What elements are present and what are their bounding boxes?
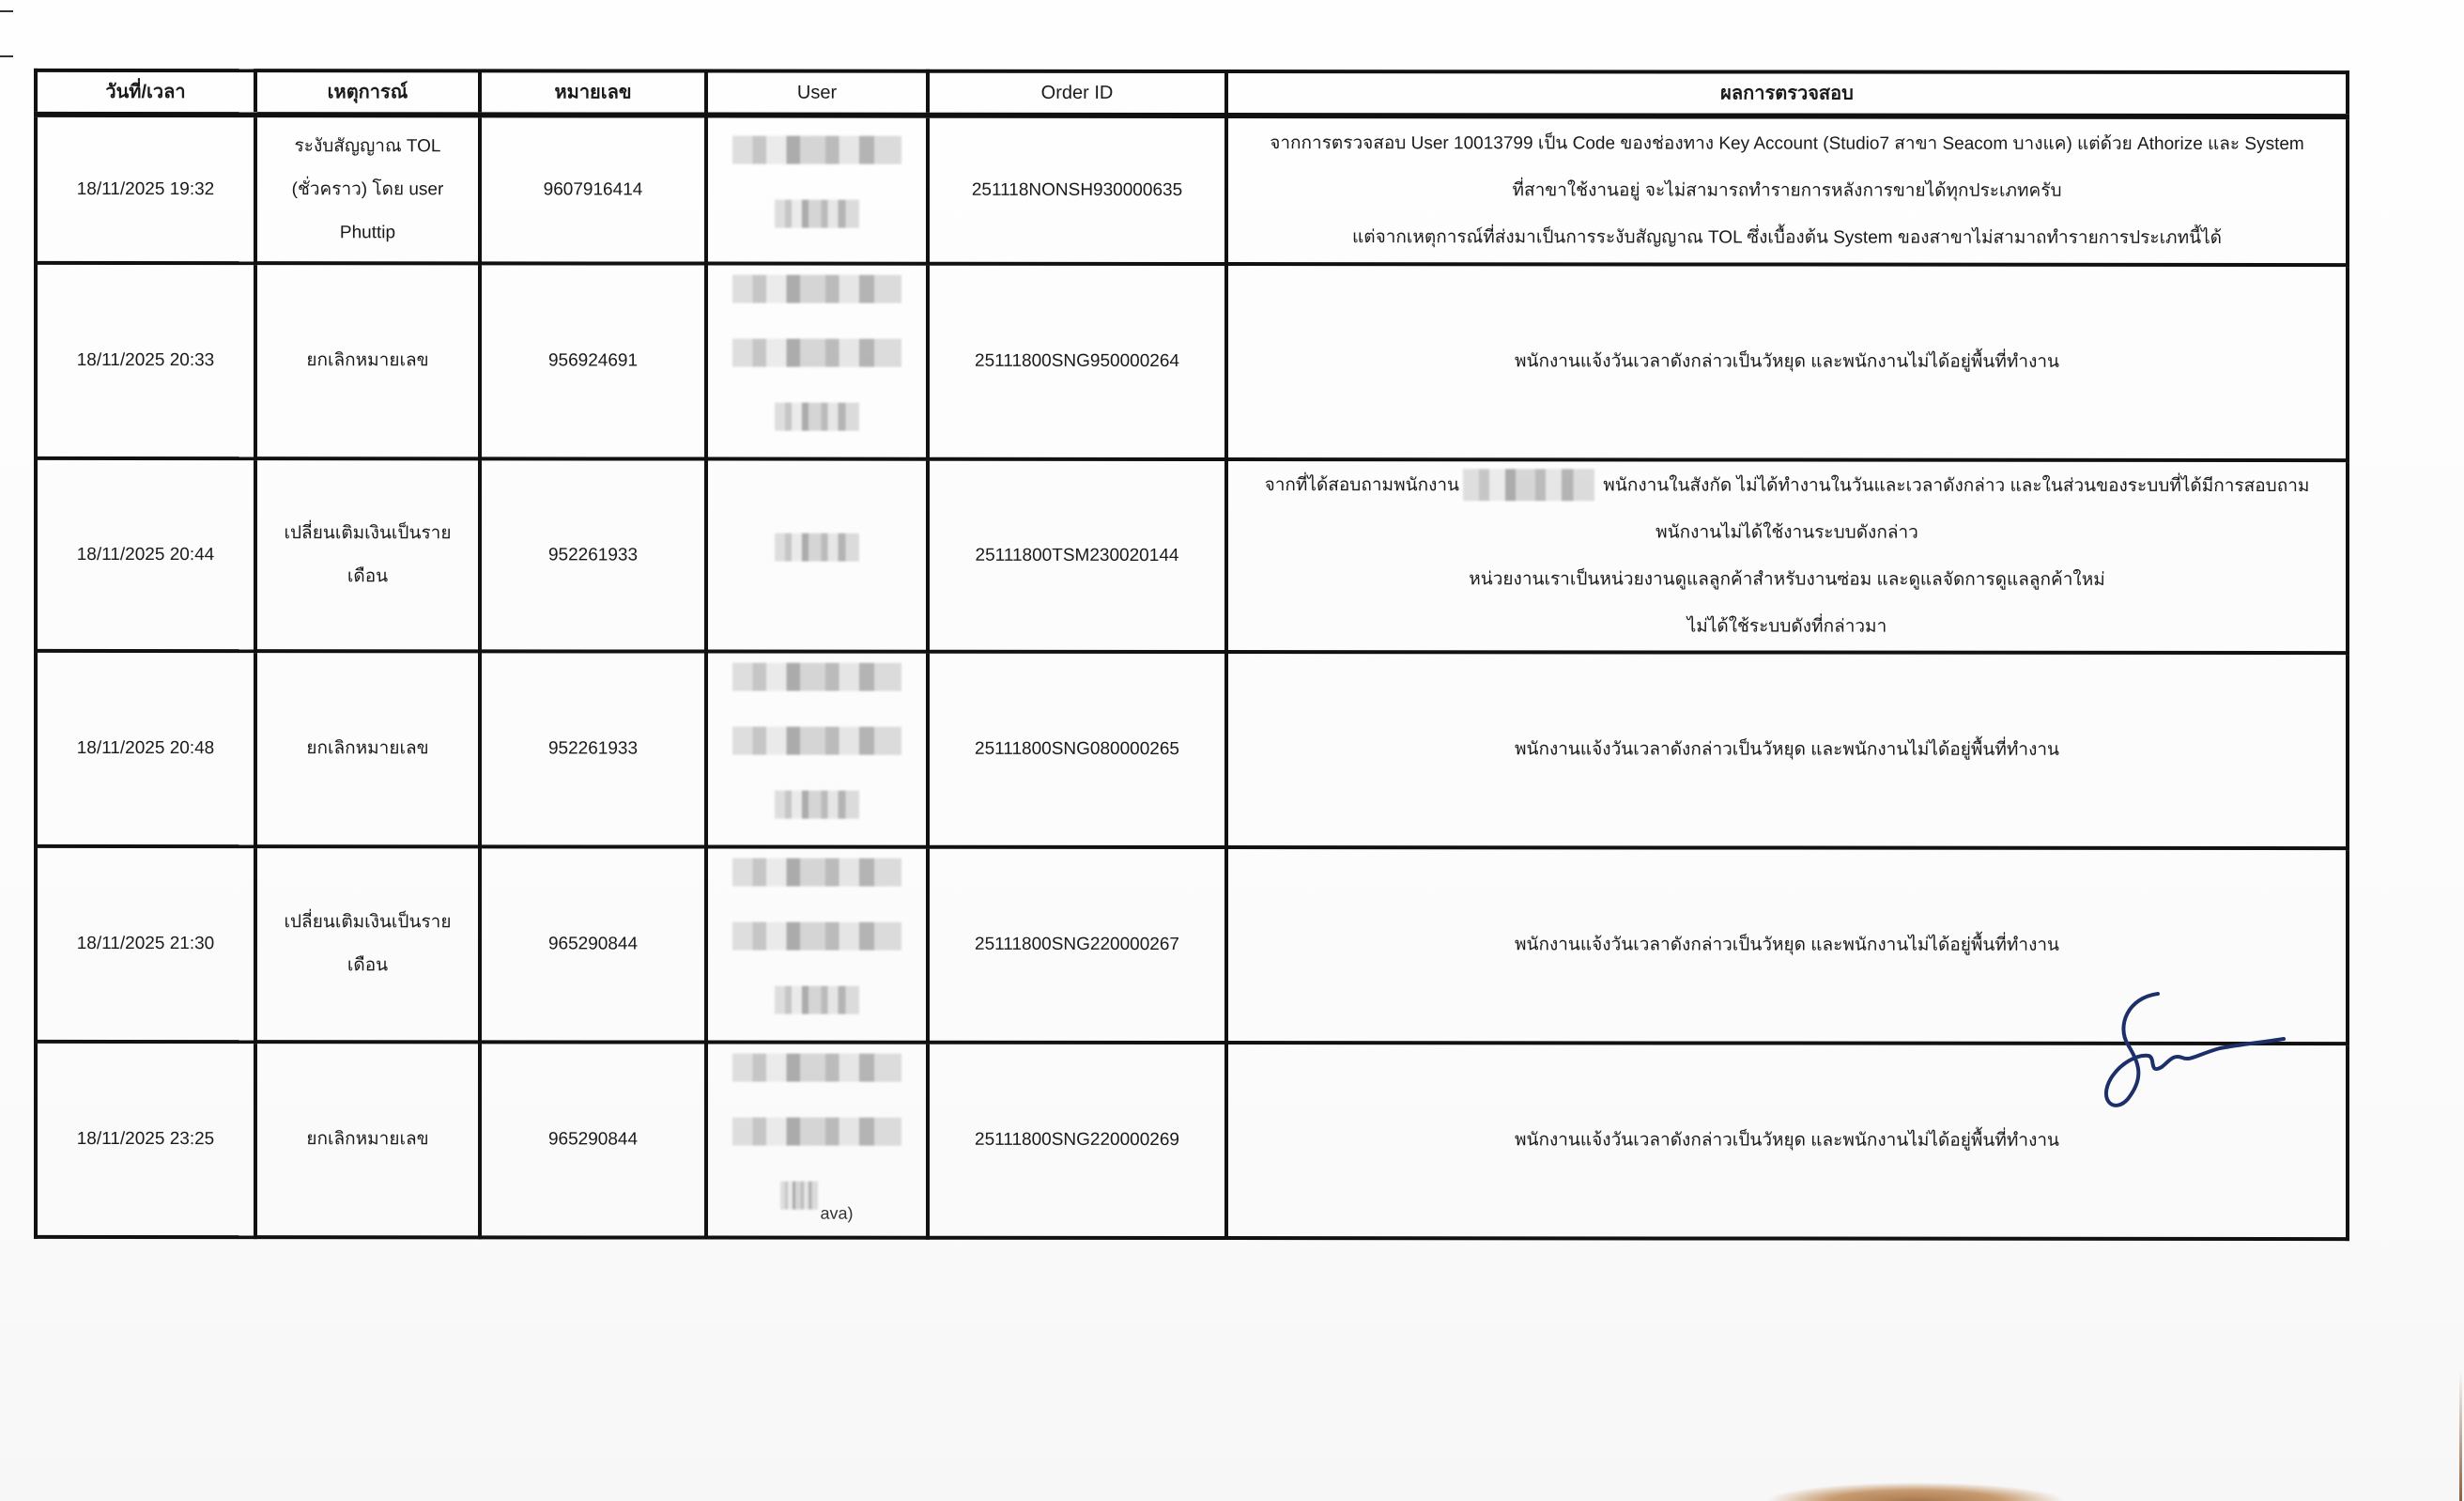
event-line: ยกเลิกหมายเลข: [263, 1118, 472, 1161]
event-line: ยกเลิกหมายเลข: [263, 339, 472, 382]
cell-user: [706, 116, 928, 264]
redacted-user: [732, 663, 901, 691]
redacted-user: [775, 986, 859, 1014]
event-line: (ชั่วคราว) โดย user: [263, 168, 472, 211]
redacted-employee-name: [1463, 470, 1594, 502]
cell-order-id: 25111800SNG220000269: [928, 1043, 1226, 1238]
redacted-user: [775, 791, 859, 819]
table-row: 18/11/2025 20:44 เปลี่ยนเติมเงินเป็นราย …: [36, 458, 2348, 653]
cell-order-id: 25111800TSM230020144: [928, 459, 1226, 652]
header-event: เหตุการณ์: [255, 70, 480, 115]
cell-event: ยกเลิกหมายเลข: [255, 263, 480, 458]
table-row: 18/11/2025 20:48 ยกเลิกหมายเลข 952261933…: [36, 651, 2348, 848]
table-row: 18/11/2025 21:30 เปลี่ยนเติมเงินเป็นราย …: [36, 846, 2348, 1044]
cell-number: 956924691: [480, 263, 706, 458]
event-line: เดือน: [263, 944, 472, 987]
cell-number: 952261933: [480, 458, 706, 651]
event-line: ระงับสัญญาณ TOL: [263, 125, 472, 168]
header-date-time: วันที่/เวลา: [36, 70, 255, 115]
event-line: เปลี่ยนเติมเงินเป็นราย: [263, 901, 472, 944]
header-order-id: Order ID: [928, 71, 1226, 116]
result-line: แต่จากเหตุการณ์ที่ส่งมาเป็นการระงับสัญญา…: [1234, 214, 2340, 262]
scanned-page: วันที่/เวลา เหตุการณ์ หมายเลข User Order…: [0, 0, 2464, 1501]
cell-number: 965290844: [480, 846, 706, 1042]
event-line: Phuttip: [263, 211, 472, 255]
result-line: พนักงานแจ้งวันเวลาดังกล่าวเป็นวัหยุด และ…: [1234, 921, 2340, 969]
result-line: ที่สาขาใช้งานอยู่ จะไม่สามารถทำรายการหลั…: [1234, 167, 2340, 215]
redacted-user: [780, 1182, 818, 1210]
cell-number: 965290844: [480, 1042, 706, 1237]
cell-result: จากการตรวจสอบ User 10013799 เป็น Code ขอ…: [1226, 116, 2348, 265]
result-prefix: จากที่ได้สอบถามพนักงาน: [1265, 475, 1459, 495]
cell-user: [706, 847, 928, 1043]
cell-user: ava): [706, 1043, 928, 1238]
redacted-user: [732, 859, 901, 887]
event-line: เปลี่ยนเติมเงินเป็นราย: [263, 512, 472, 555]
cell-date-time: 18/11/2025 20:33: [36, 263, 255, 458]
cell-user: [706, 459, 928, 652]
result-line: จากที่ได้สอบถามพนักงาน พนักงานในสังกัด ไ…: [1234, 462, 2340, 510]
redacted-user: [775, 403, 859, 431]
user-visible-suffix: ava): [820, 1204, 853, 1223]
result-line: พนักงานแจ้งวันเวลาดังกล่าวเป็นวัหยุด และ…: [1234, 726, 2340, 774]
result-line: พนักงานไม่ได้ใช้งานระบบดังกล่าว: [1234, 509, 2340, 557]
background-edge: [1765, 1482, 2066, 1501]
cell-date-time: 18/11/2025 20:48: [36, 651, 255, 846]
table-row: 18/11/2025 19:32 ระงับสัญญาณ TOL (ชั่วคร…: [36, 115, 2348, 265]
result-after-redaction: พนักงานในสังกัด ไม่ได้ทำงานในวันและเวลาด…: [1598, 475, 2309, 496]
handwritten-signature-icon: [2100, 988, 2297, 1115]
event-line: เดือน: [263, 555, 472, 598]
header-number: หมายเลข: [480, 70, 706, 115]
header-user: User: [706, 71, 928, 116]
cell-user: [706, 652, 928, 847]
result-line: ไม่ได้ใช้ระบบดังที่กล่าวมา: [1234, 603, 2340, 651]
header-result: ผลการตรวจสอบ: [1226, 71, 2348, 116]
cell-order-id: 25111800SNG080000265: [928, 652, 1226, 847]
redacted-user: [732, 1054, 901, 1082]
cell-number: 9607916414: [480, 115, 706, 263]
margin-mark: [0, 55, 13, 57]
background-edge: [2459, 1371, 2462, 1501]
inspection-report-table: วันที่/เวลา เหตุการณ์ หมายเลข User Order…: [34, 69, 2349, 1241]
table-row: 18/11/2025 20:33 ยกเลิกหมายเลข 956924691…: [36, 263, 2348, 460]
cell-date-time: 18/11/2025 20:44: [36, 458, 255, 651]
cell-result: พนักงานแจ้งวันเวลาดังกล่าวเป็นวัหยุด และ…: [1226, 264, 2348, 460]
cell-result: จากที่ได้สอบถามพนักงาน พนักงานในสังกัด ไ…: [1226, 459, 2348, 653]
redacted-user: [775, 199, 859, 227]
cell-number: 952261933: [480, 651, 706, 846]
cell-order-id: 251118NONSH930000635: [928, 116, 1226, 264]
result-line: พนักงานแจ้งวันเวลาดังกล่าวเป็นวัหยุด และ…: [1234, 1117, 2340, 1165]
cell-date-time: 18/11/2025 21:30: [36, 846, 255, 1042]
margin-mark: [0, 10, 13, 12]
table-header-row: วันที่/เวลา เหตุการณ์ หมายเลข User Order…: [36, 70, 2348, 116]
redacted-user: [732, 339, 901, 367]
result-line: พนักงานแจ้งวันเวลาดังกล่าวเป็นวัหยุด และ…: [1234, 338, 2340, 386]
redacted-user: [775, 533, 859, 561]
cell-event: ระงับสัญญาณ TOL (ชั่วคราว) โดย user Phut…: [255, 115, 480, 263]
redacted-user: [732, 727, 901, 755]
cell-date-time: 18/11/2025 23:25: [36, 1042, 255, 1237]
cell-order-id: 25111800SNG950000264: [928, 264, 1226, 459]
cell-user: [706, 264, 928, 459]
event-line: ยกเลิกหมายเลข: [263, 727, 472, 770]
cell-order-id: 25111800SNG220000267: [928, 847, 1226, 1043]
cell-event: ยกเลิกหมายเลข: [255, 651, 480, 846]
cell-event: เปลี่ยนเติมเงินเป็นราย เดือน: [255, 458, 480, 651]
cell-date-time: 18/11/2025 19:32: [36, 115, 255, 263]
redacted-user: [732, 1118, 901, 1146]
redacted-user: [732, 275, 901, 303]
table-row: 18/11/2025 23:25 ยกเลิกหมายเลข 965290844…: [36, 1042, 2348, 1239]
cell-result: พนักงานแจ้งวันเวลาดังกล่าวเป็นวัหยุด และ…: [1226, 652, 2348, 848]
cell-event: ยกเลิกหมายเลข: [255, 1042, 480, 1237]
cell-event: เปลี่ยนเติมเงินเป็นราย เดือน: [255, 846, 480, 1042]
result-line: จากการตรวจสอบ User 10013799 เป็น Code ขอ…: [1234, 120, 2340, 168]
result-line: หน่วยงานเราเป็นหน่วยงานดูแลลูกค้าสำหรับง…: [1234, 556, 2340, 604]
redacted-user: [732, 922, 901, 951]
redacted-user: [732, 135, 901, 163]
